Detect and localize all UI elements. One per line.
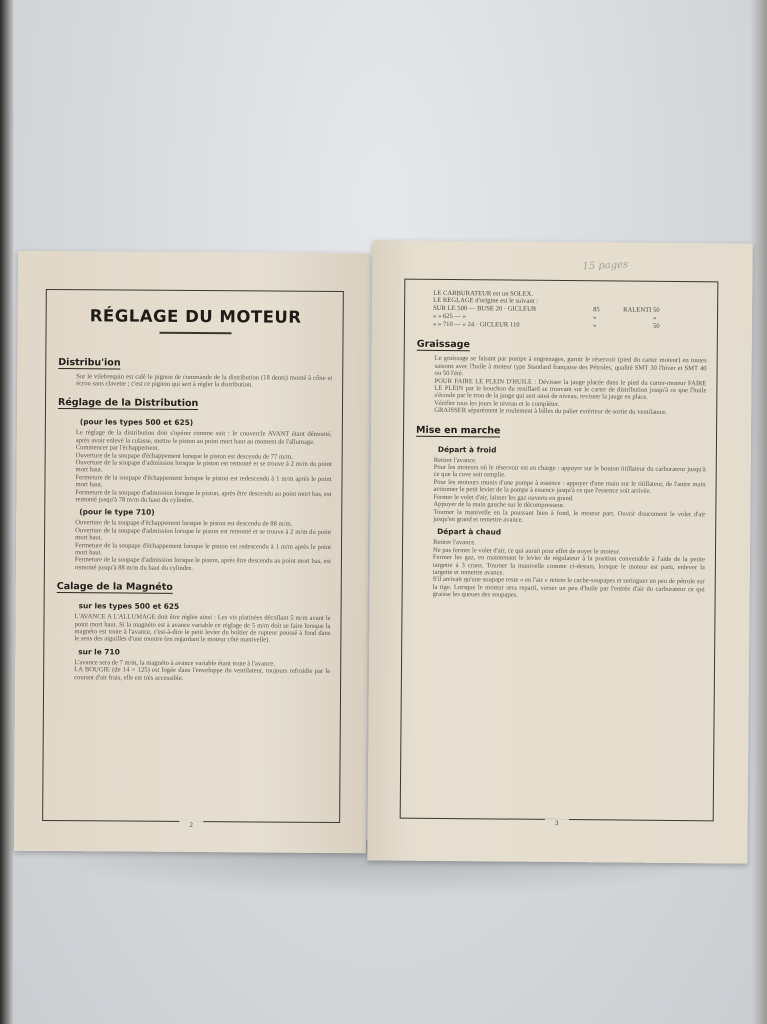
magneto-text: L'AVANCE A L'ALLUMAGE doit être réglée a… bbox=[74, 613, 330, 644]
carb-cell: » bbox=[593, 322, 653, 331]
heading-mise-en-marche: Mise en marche bbox=[416, 424, 501, 437]
heading-reglage-distribution: Réglage de la Distribution bbox=[58, 397, 198, 410]
page-number: 3 bbox=[545, 819, 569, 827]
graissage-line: GRAISSER séparément le roulement à bille… bbox=[434, 407, 706, 417]
reglage-710-line: Fermeture de la soupape d'admission lors… bbox=[75, 557, 331, 574]
heading-distribution: Distribu'ion bbox=[58, 357, 120, 369]
subheading-depart-froid: Départ à froid bbox=[438, 445, 706, 456]
right-page: 15 pages LE CARBURATEUR est un SOLEX. LE… bbox=[367, 240, 752, 863]
carburateur-row: » » 710 — » 24 · GICLEUR 110 » 50 bbox=[433, 321, 707, 332]
subheading-type-710: (pour le type 710) bbox=[79, 508, 331, 519]
table-edge-left bbox=[0, 0, 14, 1024]
page-title: RÉGLAGE DU MOTEUR bbox=[59, 306, 333, 327]
graissage-line: Le graissage se faisant par pompe à engr… bbox=[435, 355, 707, 380]
carburateur-block: LE CARBURATEUR est un SOLEX. LE REGLAGE … bbox=[417, 290, 707, 332]
table-edge-right bbox=[751, 0, 767, 1024]
left-page: RÉGLAGE DU MOTEUR Distribu'ion Sur le vi… bbox=[14, 251, 370, 853]
left-page-frame: RÉGLAGE DU MOTEUR Distribu'ion Sur le vi… bbox=[42, 289, 344, 823]
depart-chaud-line: S'il arrivait qu'une soupape reste « en … bbox=[433, 576, 705, 601]
graissage-line: POUR FAIRE LE PLEIN D'HUILE : Dévisser l… bbox=[434, 378, 706, 403]
page-number: 2 bbox=[179, 821, 203, 829]
depart-chaud-line: Fermer les gaz, en maintenant le levier … bbox=[433, 554, 705, 579]
pencil-annotation: 15 pages bbox=[582, 259, 628, 272]
depart-froid-line: Tourner la manivelle en la poussant bien… bbox=[433, 508, 705, 525]
left-page-content: RÉGLAGE DU MOTEUR Distribu'ion Sur le vi… bbox=[56, 300, 333, 687]
magneto-710-line: LA BOUGIE (de 14 × 125) est logée dans l… bbox=[74, 666, 330, 683]
heading-graissage: Graissage bbox=[417, 339, 470, 351]
subheading-types-500-625: (pour les types 500 et 625) bbox=[80, 418, 332, 429]
right-page-content: LE CARBURATEUR est un SOLEX. LE REGLAGE … bbox=[415, 290, 708, 605]
heading-calage-magneto: Calage de la Magnéto bbox=[57, 581, 173, 594]
right-page-frame: LE CARBURATEUR est un SOLEX. LE REGLAGE … bbox=[400, 279, 719, 822]
subheading-magneto-710: sur le 710 bbox=[78, 647, 330, 658]
carb-cell: RALENTI 50 bbox=[623, 306, 660, 315]
carb-cell: » » 710 — » 24 · GICLEUR 110 bbox=[433, 321, 593, 331]
subheading-depart-chaud: Départ à chaud bbox=[437, 527, 705, 538]
distribution-text: Sur le vilebrequin est calé le pignon de… bbox=[76, 373, 332, 390]
subheading-magneto-500-625: sur les types 500 et 625 bbox=[79, 601, 331, 612]
carb-cell: 50 bbox=[653, 323, 660, 331]
title-rule bbox=[160, 332, 232, 334]
carb-cell: 85 bbox=[593, 306, 623, 314]
reglage-line: Fermeture de la soupape d'admission lors… bbox=[75, 489, 331, 506]
carb-cell: » bbox=[653, 315, 656, 323]
